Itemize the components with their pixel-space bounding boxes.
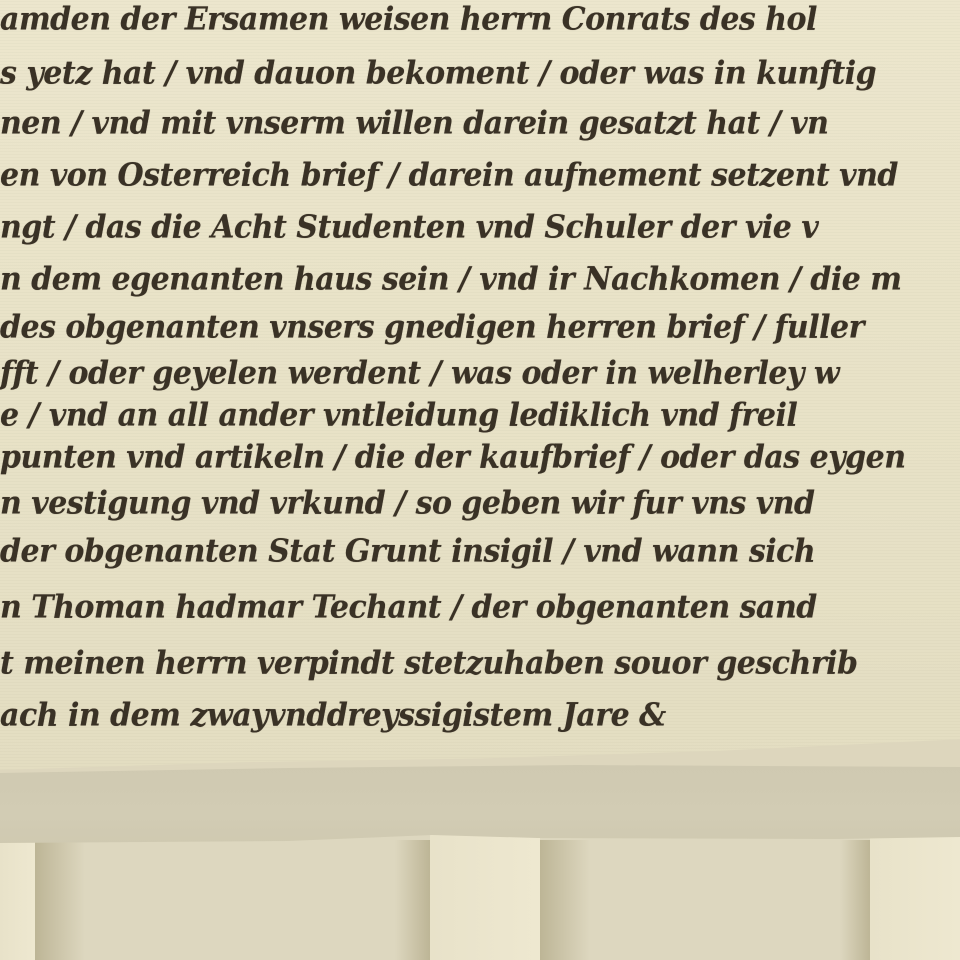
text-line-10: punten vnd artikeln / die der kaufbrief … [0,439,906,476]
text-line-14: t meinen herrn verpindt stetzuhaben souo… [0,645,858,682]
text-line-5: ngt / das die Acht Studenten vnd Schuler… [0,209,818,246]
text-line-1: amden der Ersamen weisen herrn Conrats d… [0,1,817,38]
text-line-7: des obgenanten vnsers gnedigen herren br… [0,309,864,346]
text-line-8: fft / oder geyelen werdent / was oder in… [0,355,839,392]
text-line-6: n dem egenanten haus sein / vnd ir Nachk… [0,261,902,298]
text-line-4: en von Osterreich brief / darein aufneme… [0,157,898,194]
text-line-9: e / vnd an all ander vntleidung lediklic… [0,397,797,434]
fold-shadow [395,840,430,960]
seal-tab-left [0,830,35,960]
text-line-15: ach in dem zwayvnddreyssigistem Jare & [0,697,666,734]
fold-shadow [35,840,85,960]
text-line-3: nen / vnd mit vnserm willen darein gesat… [0,105,828,142]
seal-tab-right [870,830,960,960]
text-line-11: n vestigung vnd vrkund / so geben wir fu… [0,485,815,522]
fold-shadow [540,840,590,960]
seal-tab-middle [430,830,540,960]
parchment-sheet: amden der Ersamen weisen herrn Conrats d… [0,0,960,770]
text-line-13: n Thoman hadmar Techant / der obgenanten… [0,589,817,626]
text-line-2: s yetz hat / vnd dauon bekoment / oder w… [0,55,876,92]
text-line-12: der obgenanten Stat Grunt insigil / vnd … [0,533,815,570]
fold-shadow [840,840,870,960]
